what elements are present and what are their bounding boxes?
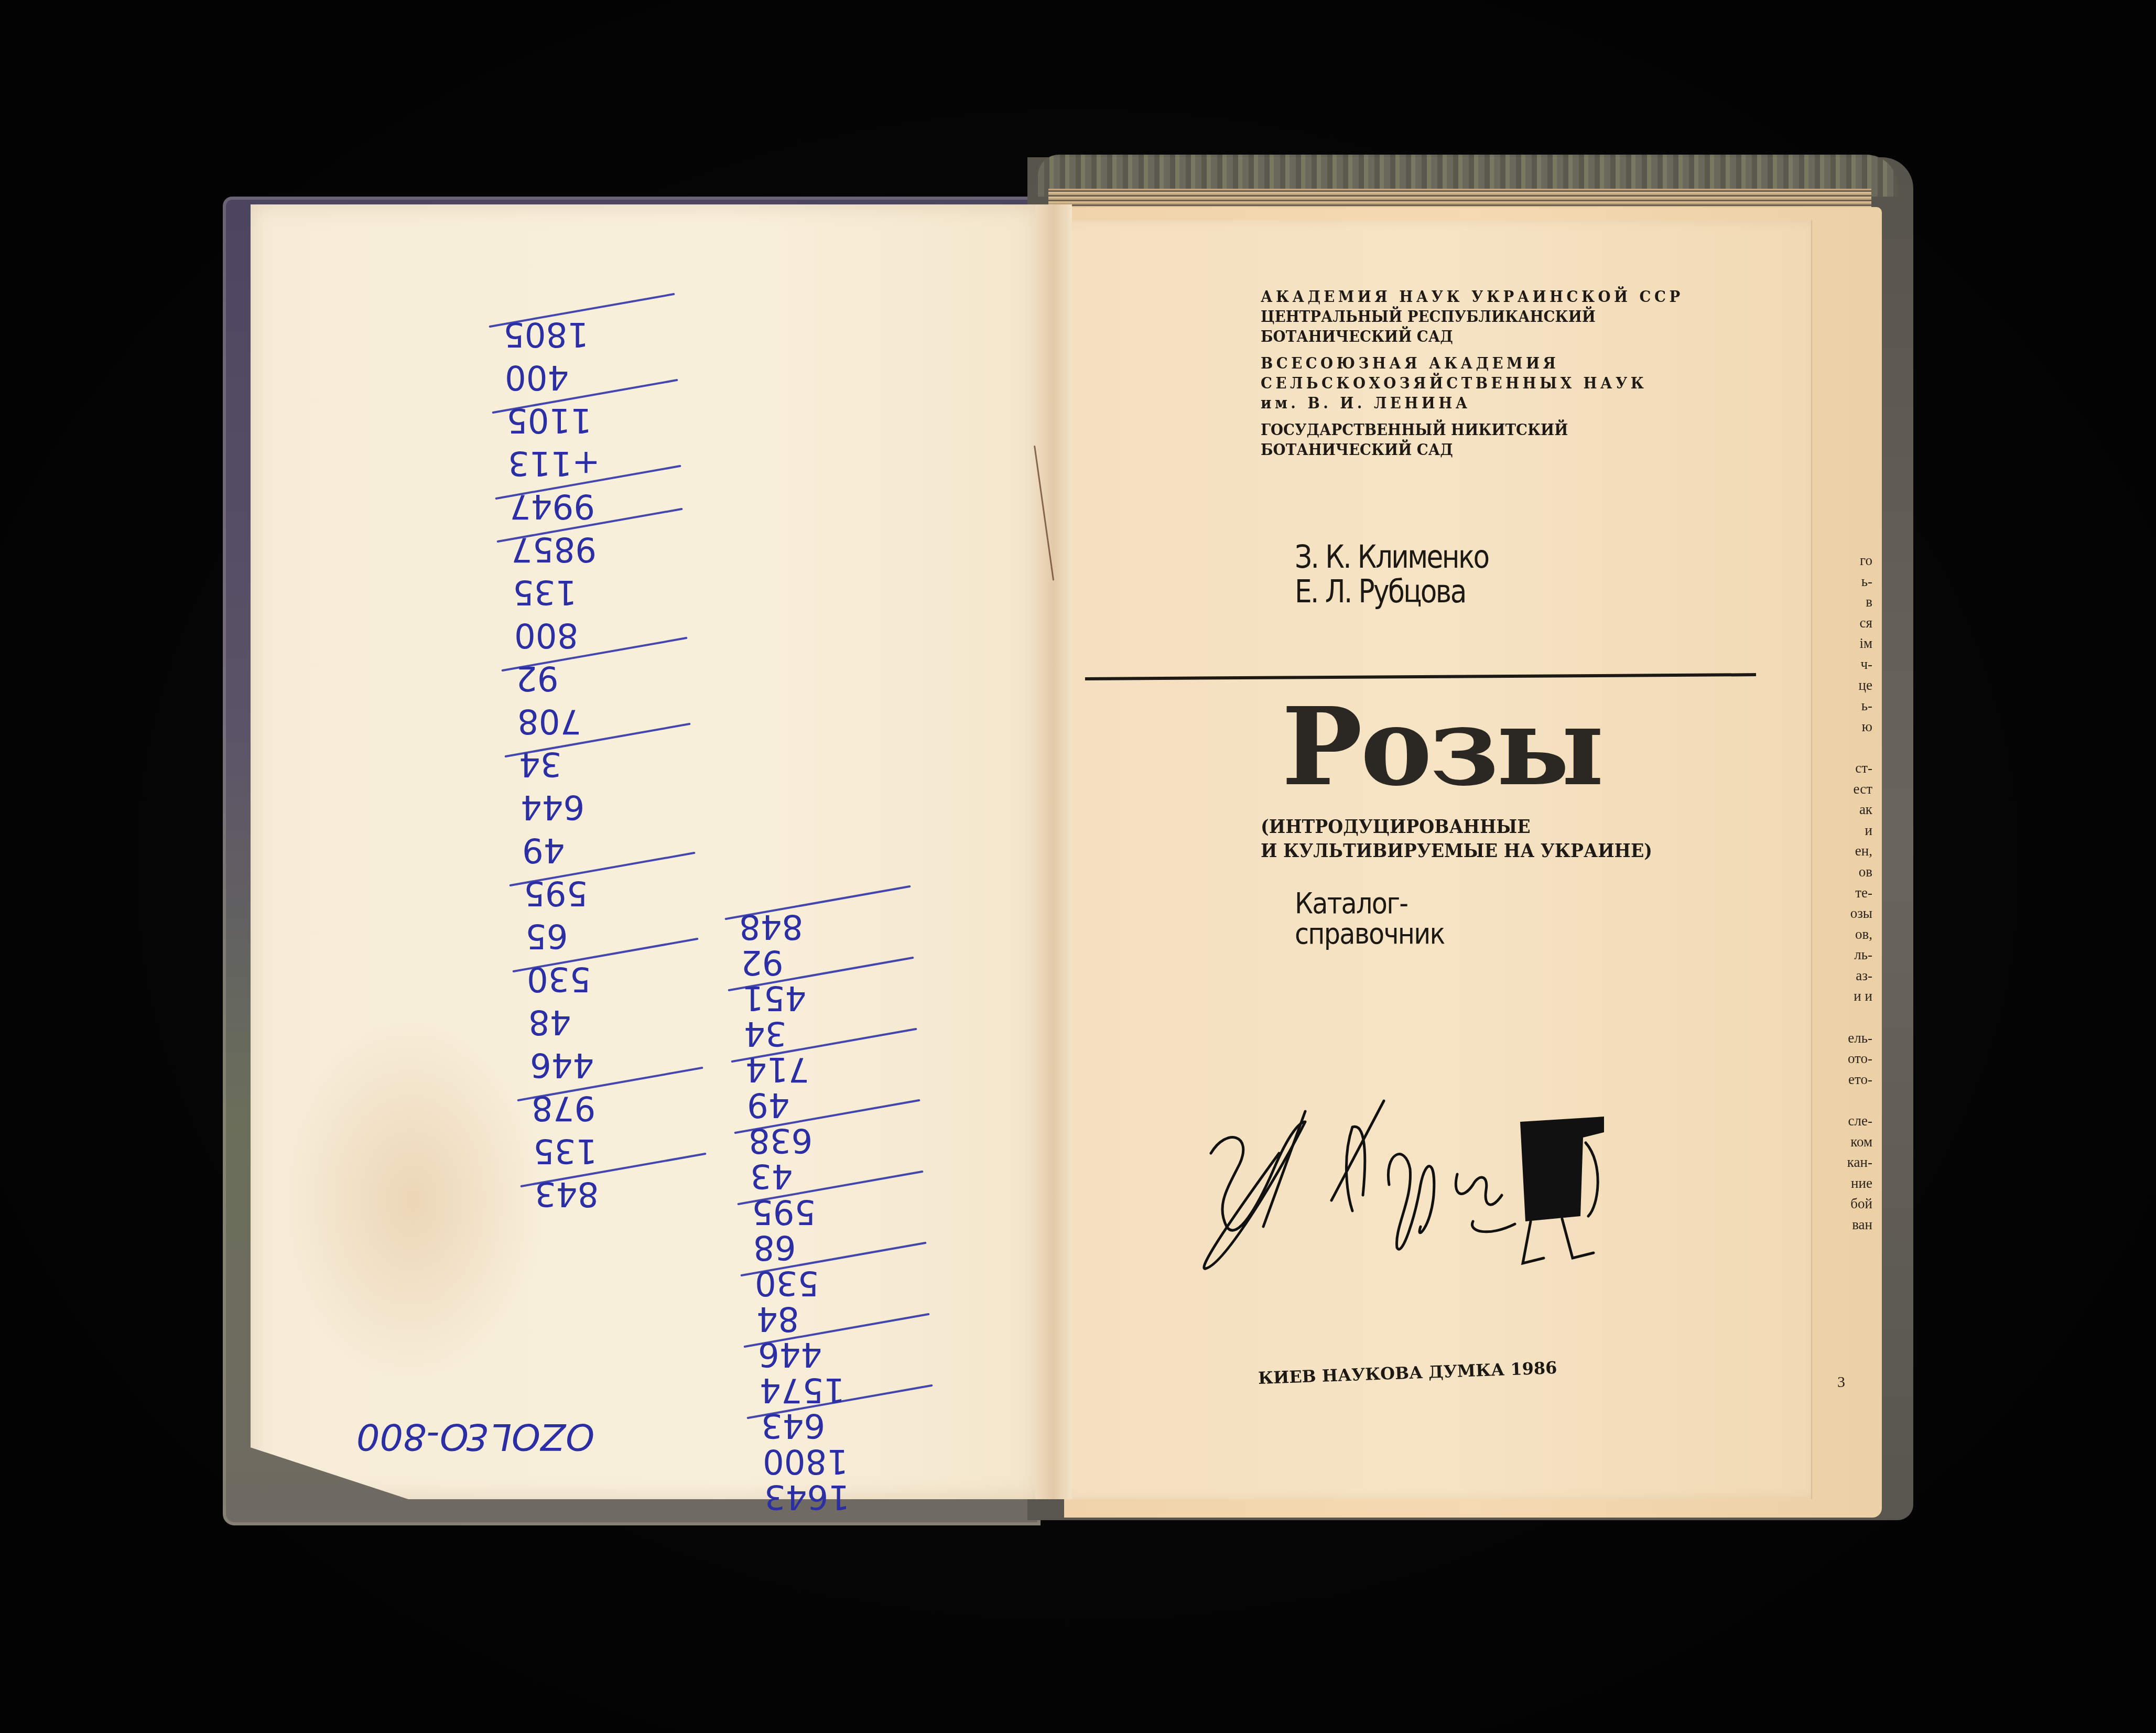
text-fragment: ся <box>1810 613 1872 634</box>
handwritten-number: 644 <box>521 787 584 826</box>
handwritten-number: 595 <box>524 873 588 912</box>
text-fragment: аз- <box>1810 966 1872 987</box>
handwritten-number: 84 <box>756 1299 799 1338</box>
handwritten-number: 643 <box>761 1406 825 1445</box>
text-fragment: ен, <box>1810 841 1872 862</box>
handwritten-number: 714 <box>745 1049 809 1088</box>
institution-line: АКАДЕМИЯ НАУК УКРАИНСКОЙ ССР <box>1261 287 1684 307</box>
text-fragment: ван <box>1810 1215 1872 1236</box>
handwritten-number: 135 <box>513 572 577 611</box>
text-fragment: ние <box>1810 1173 1872 1194</box>
text-fragment: ак <box>1810 799 1872 820</box>
institution-line: ВСЕСОЮЗНАЯ АКАДЕМИЯ <box>1261 354 1684 374</box>
text-fragment: ель- <box>1810 1028 1872 1049</box>
handwritten-number: 400 <box>505 358 569 396</box>
handwritten-number: 708 <box>517 701 581 740</box>
handwritten-number: 49 <box>522 830 565 869</box>
authors: З. К. Клименко Е. Л. Рубцова <box>1295 540 1489 609</box>
handwritten-number: 978 <box>532 1088 595 1127</box>
handwritten-number: 65 <box>525 916 568 955</box>
text-fragment: те- <box>1810 883 1872 904</box>
handwritten-number: 446 <box>530 1045 594 1084</box>
handwritten-number: 1800 <box>763 1442 848 1480</box>
text-fragment: кан- <box>1810 1152 1872 1173</box>
text-fragment: ето- <box>1810 1069 1872 1090</box>
institutions-block: АКАДЕМИЯ НАУК УКРАИНСКОЙ ССР ЦЕНТРАЛЬНЫЙ… <box>1261 287 1720 460</box>
handwritten-number: 1643 <box>764 1477 850 1516</box>
kind-line: Каталог- <box>1295 889 1445 919</box>
book-gutter <box>1035 204 1072 1499</box>
book-subtitle: (ИНТРОДУЦИРОВАННЫЕ И КУЛЬТИВИРУЕМЫЕ НА У… <box>1261 815 1652 863</box>
page-number: 3 <box>1837 1373 1845 1391</box>
text-fragment: ь- <box>1810 571 1872 592</box>
text-fragment: бой <box>1810 1194 1872 1215</box>
handwritten-number: 451 <box>742 978 806 1017</box>
book-kind: Каталог- справочник <box>1295 889 1445 949</box>
page-block-edges <box>1048 189 1871 210</box>
text-fragment: ль- <box>1810 945 1872 966</box>
handwritten-number: 848 <box>739 907 803 946</box>
handwritten-number: 92 <box>741 943 783 981</box>
handwritten-number: 595 <box>752 1192 816 1231</box>
institution-line: БОТАНИЧЕСКИЙ САД <box>1261 440 1684 460</box>
handwritten-number: 446 <box>758 1335 822 1373</box>
text-fragment: ов <box>1810 862 1872 883</box>
handwritten-number: 43 <box>750 1156 793 1195</box>
subtitle-line: И КУЛЬТИВИРУЕМЫЕ НА УКРАИНЕ) <box>1261 839 1652 863</box>
paper-stain <box>282 1017 544 1384</box>
text-fragment: ест <box>1810 779 1872 800</box>
text-fragment: ст- <box>1810 758 1872 779</box>
text-fragment: ов, <box>1810 924 1872 945</box>
text-fragment: го <box>1810 550 1872 571</box>
institution-line: СЕЛЬСКОХОЗЯЙСТВЕННЫХ НАУК <box>1261 374 1684 394</box>
underlying-page-text-fragments: гоь-всяімч-цеь-ю.ст-естакиен,овте-озыов,… <box>1810 550 1872 1236</box>
text-fragment: озы <box>1810 903 1872 924</box>
handwritten-number: 49 <box>747 1085 789 1124</box>
handwritten-number: 530 <box>755 1263 819 1302</box>
institution-line: ГОСУДАРСТВЕННЫЙ НИКИТСКИЙ <box>1261 420 1684 440</box>
handwritten-number: 34 <box>744 1014 786 1053</box>
text-fragment: ч- <box>1810 654 1872 675</box>
institution-line: им. В. И. ЛЕНИНА <box>1261 394 1684 414</box>
handwritten-number: +113 <box>508 443 600 482</box>
kind-line: справочник <box>1295 919 1445 949</box>
left-endpaper <box>251 204 1039 1499</box>
handwritten-number: 48 <box>528 1002 571 1041</box>
text-fragment: ь- <box>1810 696 1872 717</box>
author-name: З. К. Клименко <box>1295 540 1489 575</box>
handwritten-number: 843 <box>535 1174 599 1213</box>
handwritten-number: 638 <box>749 1121 812 1160</box>
institution-line: ЦЕНТРАЛЬНЫЙ РЕСПУБЛИКАНСКИЙ <box>1261 307 1684 327</box>
autograph-signature <box>1195 1090 1772 1290</box>
handwritten-number: 530 <box>527 959 591 998</box>
handwritten-note: OZOLƐO-800 <box>356 1415 594 1458</box>
text-fragment: ім <box>1810 633 1872 654</box>
handwritten-number: 800 <box>514 615 578 654</box>
institution-line: БОТАНИЧЕСКИЙ САД <box>1261 327 1684 347</box>
book-title: Розы <box>1282 695 1602 799</box>
text-fragment: це <box>1810 675 1872 696</box>
text-fragment: ком <box>1810 1132 1872 1153</box>
handwritten-number: 135 <box>533 1131 597 1170</box>
handwritten-number: 68 <box>753 1228 796 1266</box>
text-fragment: ю <box>1810 717 1872 738</box>
subtitle-line: (ИНТРОДУЦИРОВАННЫЕ <box>1261 815 1652 839</box>
text-fragment: и и <box>1810 986 1872 1007</box>
text-fragment: сле- <box>1810 1111 1872 1132</box>
text-fragment: ото- <box>1810 1048 1872 1069</box>
text-fragment: и <box>1810 820 1872 841</box>
text-fragment: в <box>1810 592 1872 613</box>
author-name: Е. Л. Рубцова <box>1295 575 1489 609</box>
